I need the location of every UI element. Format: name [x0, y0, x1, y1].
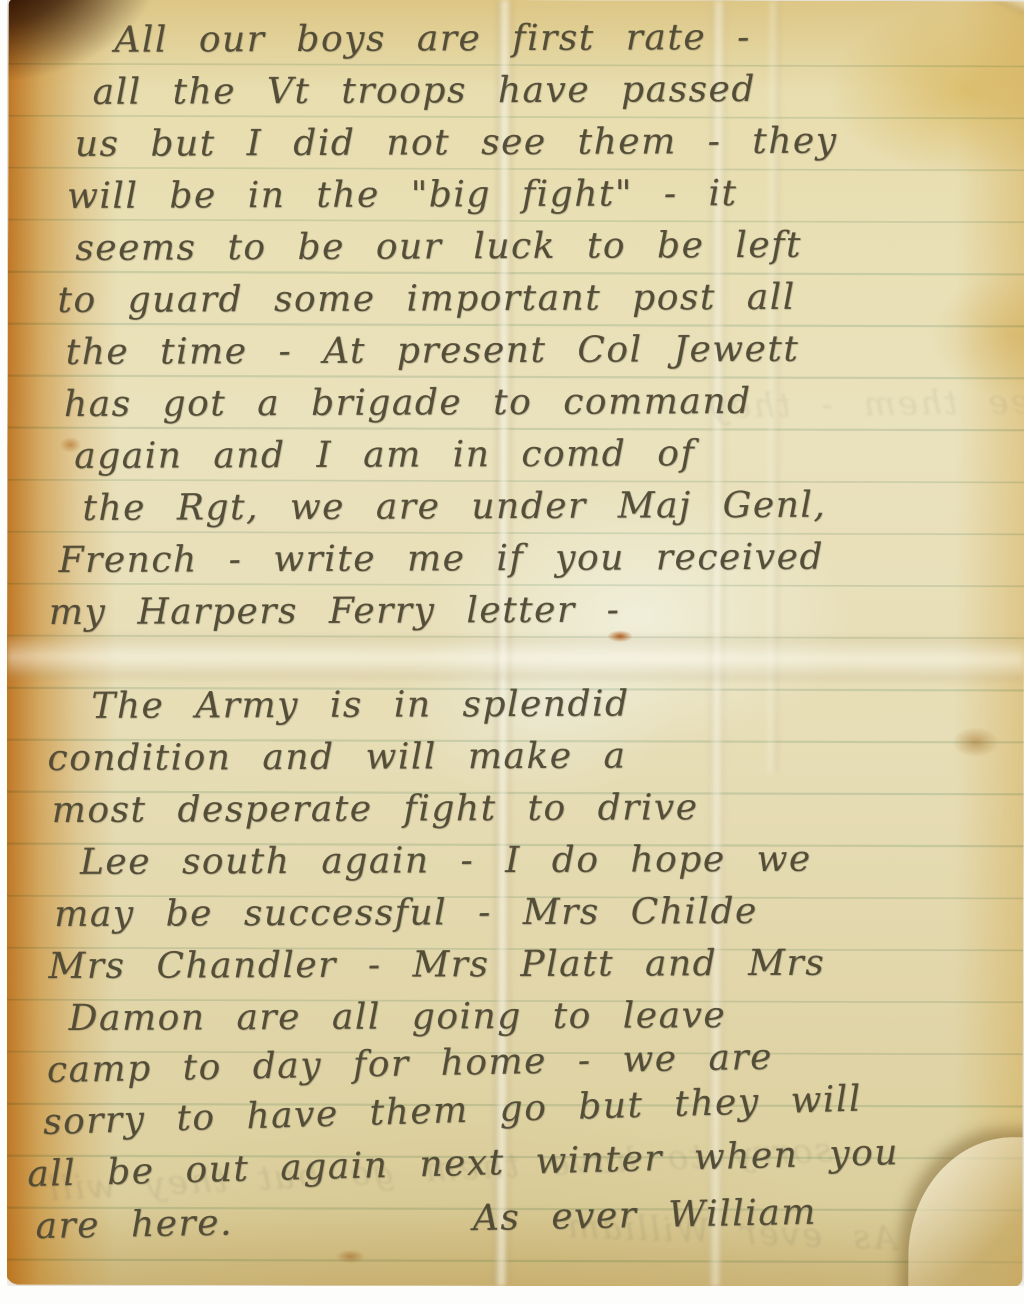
letter-line: The Army is in splendid	[91, 677, 1024, 733]
letter-line: may be successful - Mrs Childe	[54, 885, 1024, 941]
letter-line: condition and will make a	[47, 729, 1024, 785]
letter-line: most desperate fight to drive	[52, 781, 1024, 837]
letter-line: seems to be our luck to be left	[75, 219, 1022, 275]
letter-line: Lee south again - I do hope we	[80, 833, 1024, 889]
letter-line: the Rgt, we are under Maj Genl,	[82, 479, 1023, 535]
letter-line: Mrs Chandler - Mrs Platt and Mrs	[48, 937, 1024, 993]
letter-line: the time - At present Col Jewett	[66, 323, 1023, 379]
letter-line: All our boys are first rate -	[114, 11, 1021, 67]
letter-text: All our boys are first rate - all the Vt…	[5, 0, 1024, 1287]
letter-line: again and I am in comd of	[74, 427, 1023, 483]
letter-line: my Harpers Ferry letter -	[49, 583, 1024, 639]
letter-line: French - write me if you received	[59, 531, 1024, 587]
scan-background: sorry to have them go but they will As e…	[0, 0, 1024, 1304]
letter-paragraph: All our boys are first rate - all the Vt…	[5, 11, 1024, 639]
letter-line-fragment: are here.	[35, 1202, 233, 1247]
letter-line: will be in the "big fight" - it	[67, 167, 1022, 223]
letter-line: all the Vt troops have passed	[92, 63, 1021, 119]
letter-line: has got a brigade to command	[64, 375, 1023, 431]
letter-paragraph: The Army is in splendid condition and wi…	[7, 677, 1024, 1253]
letter-line: to guard some important post all	[57, 271, 1022, 327]
letter-line: us but I did not see them - they	[75, 115, 1022, 171]
scanner-edge-left	[0, 0, 7, 1304]
letter-closing-signature: As ever William	[472, 1187, 817, 1245]
letter-page: sorry to have them go but they will As e…	[5, 0, 1024, 1287]
scanner-edge-bottom	[0, 1286, 1024, 1304]
